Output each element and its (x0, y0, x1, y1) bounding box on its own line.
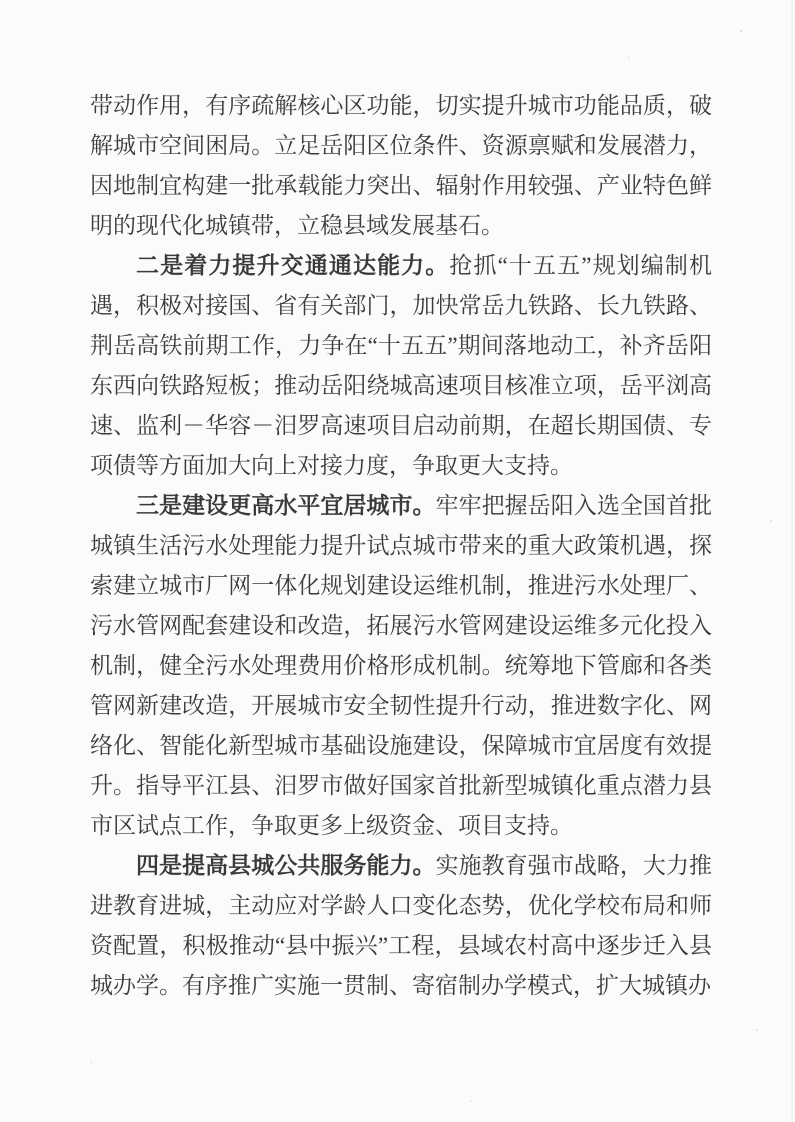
paragraph-lead: 三是建设更高水平宜居城市。 (136, 493, 436, 518)
paragraph-body: 牢牢把握岳阳入选全国首批城镇生活污水处理能力提升试点城市带来的重大政策机遇，探索… (90, 493, 712, 838)
paragraph-lead: 四是提高县城公共服务能力。 (136, 853, 436, 878)
paragraph-body: 抢抓“十五五”规划编制机遇，积极对接国、省有关部门，加快常岳九铁路、长九铁路、荆… (90, 253, 712, 478)
paragraph: 二是着力提升交通通达能力。抢抓“十五五”规划编制机遇，积极对接国、省有关部门，加… (90, 246, 712, 486)
document-page: 带动作用，有序疏解核心区功能，切实提升城市功能品质，破解城市空间困局。立足岳阳区… (0, 0, 795, 1122)
paragraph-lead: 二是着力提升交通通达能力。 (136, 253, 449, 278)
paragraph: 带动作用，有序疏解核心区功能，切实提升城市功能品质，破解城市空间困局。立足岳阳区… (90, 86, 712, 246)
scan-noise-speckles (0, 0, 2, 2)
paragraph: 三是建设更高水平宜居城市。牢牢把握岳阳入选全国首批城镇生活污水处理能力提升试点城… (90, 486, 712, 846)
paragraph-body: 带动作用，有序疏解核心区功能，切实提升城市功能品质，破解城市空间困局。立足岳阳区… (90, 93, 712, 238)
paper-edge-shadow (791, 0, 793, 1122)
document-body: 带动作用，有序疏解核心区功能，切实提升城市功能品质，破解城市空间困局。立足岳阳区… (90, 86, 712, 1006)
paragraph: 四是提高县城公共服务能力。实施教育强市战略，大力推进教育进城，主动应对学龄人口变… (90, 846, 712, 1006)
